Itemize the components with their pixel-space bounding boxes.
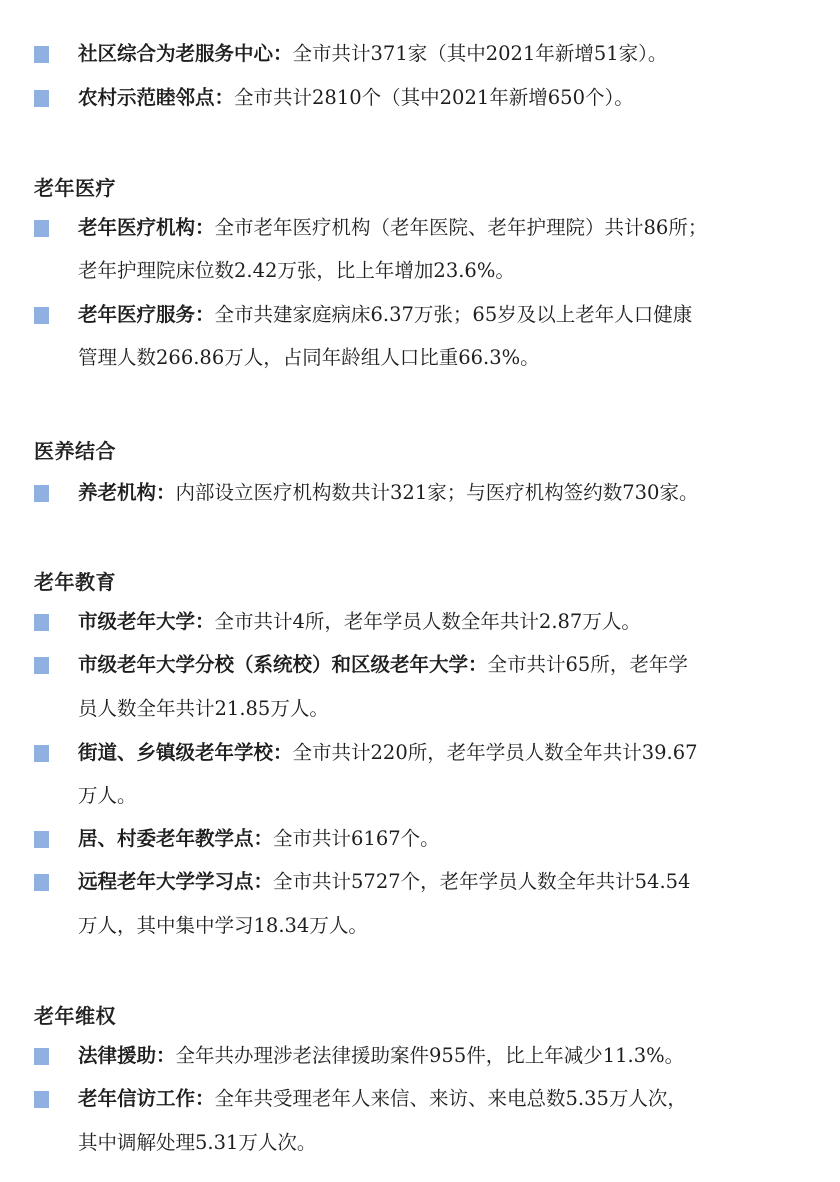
item-text: 街道、乡镇级老年学校：全市共计220所，老年学员人数全年共计39.67 [78,741,698,765]
square-bullet-icon [34,874,49,891]
square-bullet-icon [34,745,49,762]
item-value: 全市老年医疗机构（老年医院、老年护理院）共计86所； [215,216,708,239]
item-text: 养老机构：内部设立医疗机构数共计321家；与医疗机构签约数730家。 [78,481,698,505]
square-bullet-icon [34,831,49,848]
item-text: 社区综合为老服务中心：全市共计371家（其中2021年新增51家）。 [78,42,667,66]
item-value: 全市共计220所，老年学员人数全年共计39.67 [293,741,698,764]
item-label: 市级老年大学分校（系统校）和区级老年大学： [78,653,488,676]
square-bullet-icon [34,1091,49,1108]
item-value: 全市共计2810个（其中2021年新增650个）。 [234,86,634,109]
item-text-continued: 管理人数266.86万人，占同年龄组人口比重66.3%。 [78,346,540,370]
item-label: 老年信访工作： [78,1087,215,1110]
section-heading: 老年维权 [34,1000,116,1029]
square-bullet-icon [34,46,49,63]
item-text: 法律援助：全年共办理涉老法律援助案件955件，比上年减少11.3%。 [78,1044,684,1068]
item-text-continued: 老年护理院床位数2.42万张，比上年增加23.6%。 [78,259,515,283]
item-label: 远程老年大学学习点： [78,870,273,893]
item-label: 市级老年大学： [78,610,215,633]
section-heading: 老年教育 [34,566,116,595]
item-value: 全市共建家庭病床6.37万张；65岁及以上老年人口健康 [215,303,693,326]
item-text-continued: 员人数全年共计21.85万人。 [78,697,329,721]
square-bullet-icon [34,90,49,107]
item-value: 全市共计4所，老年学员人数全年共计2.87万人。 [215,610,641,633]
item-label: 法律援助： [78,1044,176,1067]
item-text: 市级老年大学：全市共计4所，老年学员人数全年共计2.87万人。 [78,610,641,634]
square-bullet-icon [34,307,49,324]
square-bullet-icon [34,657,49,674]
item-label: 居、村委老年教学点： [78,827,273,850]
square-bullet-icon [34,220,49,237]
item-text-continued: 万人，其中集中学习18.34万人。 [78,914,368,938]
item-text: 居、村委老年教学点：全市共计6167个。 [78,827,440,851]
item-value: 全市共计6167个。 [273,827,440,850]
item-text: 老年信访工作：全年共受理老年人来信、来访、来电总数5.35万人次， [78,1087,687,1111]
item-label: 老年医疗服务： [78,303,215,326]
item-value: 内部设立医疗机构数共计321家；与医疗机构签约数730家。 [176,481,699,504]
item-text-continued: 其中调解处理5.31万人次。 [78,1131,316,1155]
item-label: 老年医疗机构： [78,216,215,239]
section-heading: 医养结合 [34,435,116,464]
item-text-continued: 万人。 [78,784,137,808]
section-heading: 老年医疗 [34,172,116,201]
item-value: 全市共计5727个，老年学员人数全年共计54.54 [273,870,690,893]
item-label: 街道、乡镇级老年学校： [78,741,293,764]
item-value: 全市共计65所，老年学 [488,653,688,676]
item-value: 全年共办理涉老法律援助案件955件，比上年减少11.3%。 [176,1044,685,1067]
item-value: 全年共受理老年人来信、来访、来电总数5.35万人次， [215,1087,687,1110]
item-text: 老年医疗机构：全市老年医疗机构（老年医院、老年护理院）共计86所； [78,216,707,240]
item-label: 养老机构： [78,481,176,504]
item-text: 远程老年大学学习点：全市共计5727个，老年学员人数全年共计54.54 [78,870,690,894]
item-label: 社区综合为老服务中心： [78,42,293,65]
item-label: 农村示范睦邻点： [78,86,234,109]
square-bullet-icon [34,614,49,631]
item-text: 老年医疗服务：全市共建家庭病床6.37万张；65岁及以上老年人口健康 [78,303,692,327]
square-bullet-icon [34,1048,49,1065]
item-value: 全市共计371家（其中2021年新增51家）。 [293,42,668,65]
item-text: 市级老年大学分校（系统校）和区级老年大学：全市共计65所，老年学 [78,653,688,677]
item-text: 农村示范睦邻点：全市共计2810个（其中2021年新增650个）。 [78,86,634,110]
square-bullet-icon [34,485,49,502]
